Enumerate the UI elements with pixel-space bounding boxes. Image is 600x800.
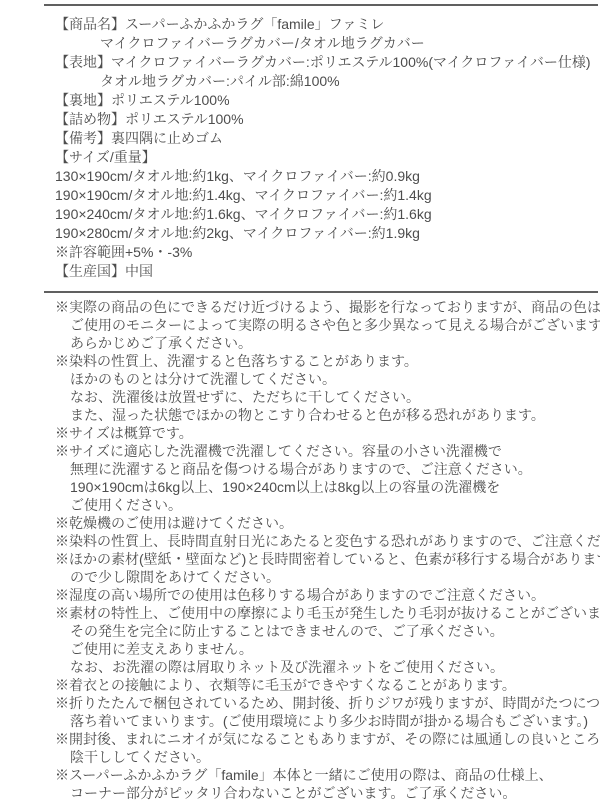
note-line: その発生を完全に防止することはできませんので、ご了承ください。 bbox=[55, 622, 594, 640]
note-line: 190×190cmは6kg以上、190×240cm以上は8kg以上の容量の洗濯機… bbox=[55, 478, 594, 496]
note-line: ※ほかの素材(壁紙・壁面など)と長時間密着していると、色素が移行する場合がありま… bbox=[55, 550, 594, 568]
note-line: 陰干ししてください。 bbox=[55, 748, 594, 766]
note-line: ※染料の性質上、洗濯すると色落ちすることがあります。 bbox=[55, 352, 594, 370]
usage-notes-section: ※実際の商品の色にできるだけ近づけるよう、撮影を行なっておりますが、商品の色は、… bbox=[0, 298, 600, 800]
spec-line: タオル地ラグカバー:パイル部:綿100% bbox=[55, 72, 594, 91]
section-divider bbox=[44, 291, 598, 293]
spec-line: 【サイズ/重量】 bbox=[55, 148, 594, 167]
spec-line: 【詰め物】ポリエステル100% bbox=[55, 110, 594, 129]
spec-line: 【備考】裏四隅に止めゴム bbox=[55, 129, 594, 148]
spec-line: 190×190cm/タオル地:約1.4kg、マイクロファイバー:約1.4kg bbox=[55, 186, 594, 205]
note-line: ※サイズは概算です。 bbox=[55, 424, 594, 442]
spec-line: マイクロファイバーラグカバー/タオル地ラグカバー bbox=[55, 34, 594, 53]
note-line: ※実際の商品の色にできるだけ近づけるよう、撮影を行なっておりますが、商品の色は、 bbox=[55, 298, 594, 316]
note-line: ※染料の性質上、長時間直射日光にあたると変色する恐れがありますので、ご注意くださ… bbox=[55, 532, 594, 550]
note-line: ※スーパーふかふかラグ「famile」本体と一緒にご使用の際は、商品の仕様上、 bbox=[55, 766, 594, 784]
spec-line: 190×240cm/タオル地:約1.6kg、マイクロファイバー:約1.6kg bbox=[55, 205, 594, 224]
note-line: 無理に洗濯すると商品を傷つける場合がありますので、ご注意ください。 bbox=[55, 460, 594, 478]
spec-line: 【商品名】スーパーふかふかラグ「famile」ファミレ bbox=[55, 15, 594, 34]
top-divider bbox=[44, 4, 598, 6]
note-line: ので少し隙間をあけてください。 bbox=[55, 568, 594, 586]
note-line: ※折りたたんで梱包されているため、開封後、折りジワが残りますが、時間がたつにつれ bbox=[55, 694, 594, 712]
spec-line: 130×190cm/タオル地:約1kg、マイクロファイバー:約0.9kg bbox=[55, 167, 594, 186]
spec-line: ※許容範囲+5%・-3% bbox=[55, 243, 594, 262]
spec-line: 190×280cm/タオル地:約2kg、マイクロファイバー:約1.9kg bbox=[55, 224, 594, 243]
note-line: ご使用のモニターによって実際の明るさや色と多少異なって見える場合がございます。 bbox=[55, 316, 594, 334]
note-line: ほかのものとは分けて洗濯してください。 bbox=[55, 370, 594, 388]
note-line: ※着衣との接触により、衣類等に毛玉ができやすくなることがあります。 bbox=[55, 676, 594, 694]
spec-line: 【裏地】ポリエステル100% bbox=[55, 91, 594, 110]
note-line: ※湿度の高い場所での使用は色移りする場合がありますのでご注意ください。 bbox=[55, 586, 594, 604]
note-line: ※開封後、まれにニオイが気になることもありますが、その際には風通しの良いところで bbox=[55, 730, 594, 748]
note-line: あらかじめご了承ください。 bbox=[55, 334, 594, 352]
note-line: コーナー部分がピッタリ合わないことがございます。ご了承ください。 bbox=[55, 784, 594, 800]
note-line: なお、お洗濯の際は屑取りネット及び洗濯ネットをご使用ください。 bbox=[55, 658, 594, 676]
product-spec-page: 【商品名】スーパーふかふかラグ「famile」ファミレマイクロファイバーラグカバ… bbox=[0, 0, 600, 800]
note-line: 落ち着いてまいります。(ご使用環境により多少お時間が掛かる場合もございます。) bbox=[55, 712, 594, 730]
note-line: ご使用ください。 bbox=[55, 496, 594, 514]
spec-line: 【生産国】中国 bbox=[55, 262, 594, 281]
note-line: ※サイズに適応した洗濯機で洗濯してください。容量の小さい洗濯機で bbox=[55, 442, 594, 460]
note-line: なお、洗濯後は放置せずに、ただちに干してください。 bbox=[55, 388, 594, 406]
product-specs-section: 【商品名】スーパーふかふかラグ「famile」ファミレマイクロファイバーラグカバ… bbox=[0, 15, 600, 281]
note-line: ※乾燥機のご使用は避けてください。 bbox=[55, 514, 594, 532]
spec-line: 【表地】マイクロファイバーラグカバー:ポリエステル100%(マイクロファイバー仕… bbox=[55, 53, 594, 72]
note-line: ※素材の特性上、ご使用中の摩擦により毛玉が発生したり毛羽が抜けることがございます… bbox=[55, 604, 594, 622]
note-line: また、湿った状態でほかの物とこすり合わせると色が移る恐れがあります。 bbox=[55, 406, 594, 424]
note-line: ご使用に差支えありません。 bbox=[55, 640, 594, 658]
